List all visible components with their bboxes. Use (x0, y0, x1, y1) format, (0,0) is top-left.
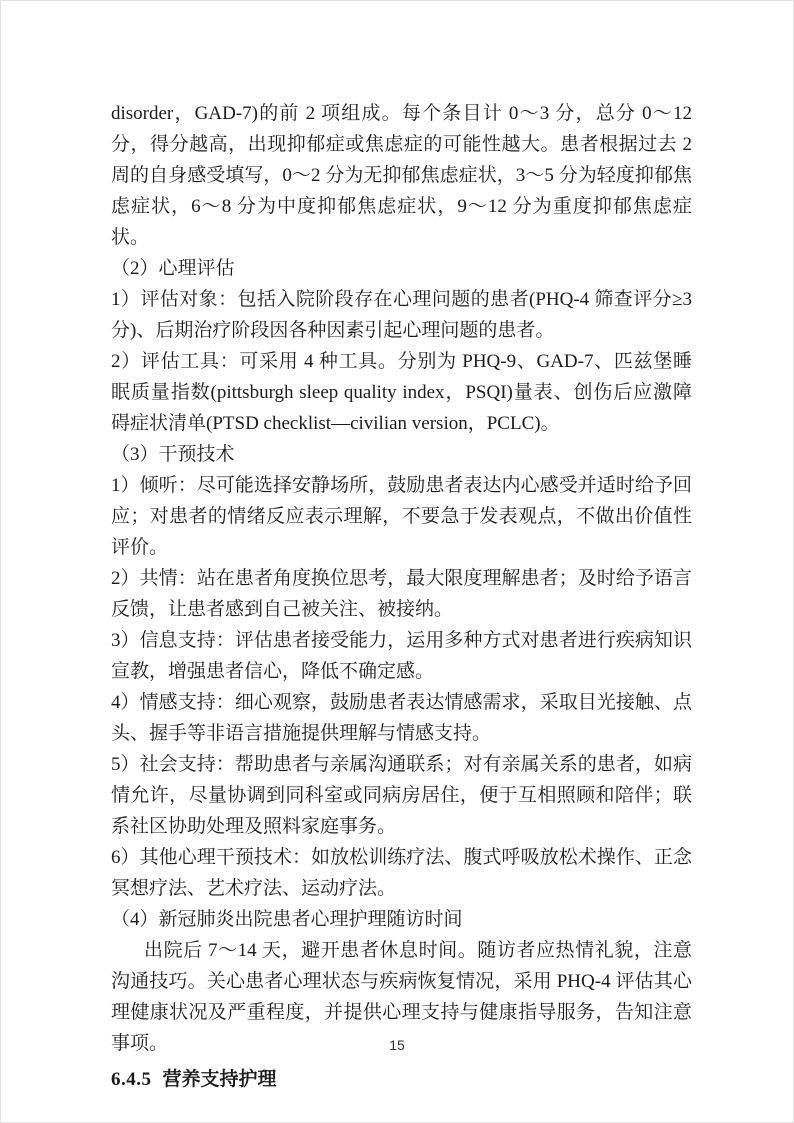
paragraph: 1）倾听：尽可能选择安静场所，鼓励患者表达内心感受并适时给予回应；对患者的情绪反… (111, 470, 692, 563)
paragraph: 1）评估对象：包括入院阶段存在心理问题的患者(PHQ-4 筛查评分≥3 分)、后… (111, 284, 692, 346)
section-heading: 6.4.5营养支持护理 (111, 1064, 692, 1095)
paragraph: disorder，GAD-7)的前 2 项组成。每个条目计 0～3 分，总分 0… (111, 98, 692, 253)
paragraph: 4）情感支持：细心观察，鼓励患者表达情感需求，采取目光接触、点头、握手等非语言措… (111, 687, 692, 749)
paragraph: （4）新冠肺炎出院患者心理护理随访时间 (111, 904, 692, 935)
section-heading-title: 营养支持护理 (163, 1069, 277, 1090)
page-number: 15 (1, 1037, 793, 1053)
paragraph: （3）干预技术 (111, 439, 692, 470)
paragraph: 2）共情：站在患者角度换位思考，最大限度理解患者；及时给予语言反馈，让患者感到自… (111, 563, 692, 625)
paragraph: （2）心理评估 (111, 253, 692, 284)
paragraph: 6）其他心理干预技术：如放松训练疗法、腹式呼吸放松术操作、正念冥想疗法、艺术疗法… (111, 842, 692, 904)
paragraph: 3）信息支持：评估患者接受能力，运用多种方式对患者进行疾病知识宣教，增强患者信心… (111, 625, 692, 687)
section-heading-number: 6.4.5 (111, 1069, 152, 1090)
paragraph: 2）评估工具：可采用 4 种工具。分别为 PHQ-9、GAD-7、匹兹堡睡眠质量… (111, 346, 692, 439)
paragraph: 5）社会支持：帮助患者与亲属沟通联系；对有亲属关系的患者，如病情允许，尽量协调到… (111, 749, 692, 842)
text-block: disorder，GAD-7)的前 2 项组成。每个条目计 0～3 分，总分 0… (111, 98, 692, 1095)
document-page: disorder，GAD-7)的前 2 项组成。每个条目计 0～3 分，总分 0… (0, 0, 794, 1123)
